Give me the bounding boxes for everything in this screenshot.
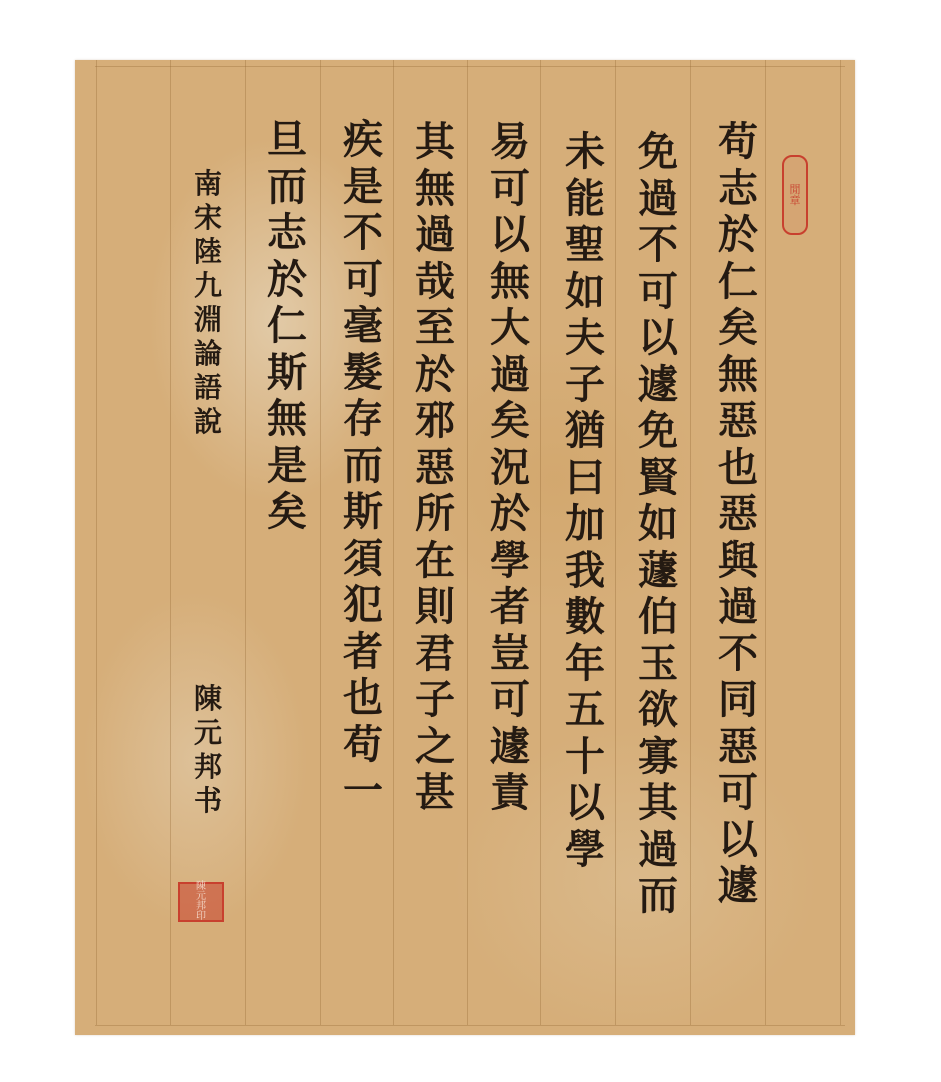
character: 於 [415,355,455,402]
character: 說 [194,408,222,442]
character: 矣 [490,401,530,448]
character: 過 [718,587,758,634]
character: 仁 [718,262,758,309]
character: 仁 [267,306,307,353]
character: 而 [638,876,678,923]
character: 哉 [415,262,455,309]
ruled-line [95,1025,845,1026]
attribution-text: 南宋陸九淵論語說 [194,170,222,442]
character: 過 [638,830,678,877]
character: 五 [565,690,605,737]
character: 無 [415,169,455,216]
character: 我 [565,551,605,598]
character: 遽 [490,727,530,774]
character: 聖 [565,225,605,272]
character: 矣 [267,492,307,539]
character: 邦 [194,753,222,787]
seal-character: 章 [790,195,801,206]
ruled-line [393,60,394,1025]
character: 而 [343,446,383,493]
ruled-line [170,60,171,1025]
ruled-line [467,60,468,1025]
character: 书 [194,787,222,821]
text-column-7: 旦而志於仁斯無是矣 [257,120,317,539]
character: 者 [490,587,530,634]
character: 過 [490,355,530,402]
character: 陳 [194,685,222,719]
character: 可 [490,680,530,727]
seal-text: 閒章 [790,184,801,206]
character: 其 [638,783,678,830]
character: 遽 [718,866,758,913]
ruled-line [540,60,541,1025]
signature-column: 陳元邦书 [183,685,233,821]
character: 是 [267,446,307,493]
character: 以 [718,820,758,867]
character: 不 [343,213,383,260]
text-column-2: 免過不可以遽免賢如蘧伯玉欲寡其過而 [628,132,688,923]
character: 九 [194,272,222,306]
character: 志 [267,213,307,260]
column-text: 易可以無大過矣況於學者豈可遽責 [490,122,530,820]
character: 無 [267,399,307,446]
character: 無 [490,262,530,309]
character: 斯 [343,492,383,539]
character: 易 [490,122,530,169]
character: 苟 [718,122,758,169]
character: 矣 [718,308,758,355]
column-text: 疾是不可毫髮存而斯須犯者也苟一 [343,120,383,818]
character: 惡 [718,401,758,448]
character: 子 [565,365,605,412]
character: 可 [490,169,530,216]
character: 須 [343,539,383,586]
character: 免 [638,411,678,458]
character: 則 [415,587,455,634]
character: 惡 [718,494,758,541]
column-text: 未能聖如夫子猶曰加我數年五十以學 [565,132,605,876]
character: 斯 [267,353,307,400]
leading-seal: 閒章 [782,155,808,235]
character: 如 [565,272,605,319]
character: 學 [490,541,530,588]
character: 至 [415,308,455,355]
character: 豈 [490,634,530,681]
character: 也 [343,678,383,725]
character: 於 [718,215,758,262]
character: 況 [490,448,530,495]
ruled-line [840,60,841,1025]
character: 語 [194,374,222,408]
attribution-column: 南宋陸九淵論語說 [183,170,233,442]
character: 淵 [194,306,222,340]
character: 可 [638,272,678,319]
character: 免 [638,132,678,179]
character: 夫 [565,318,605,365]
seal-character: 印 [196,912,206,922]
character: 數 [565,597,605,644]
character: 惡 [415,448,455,495]
character: 存 [343,399,383,446]
ruled-line [245,60,246,1025]
text-column-3: 未能聖如夫子猶曰加我數年五十以學 [555,132,615,876]
character: 玉 [638,644,678,691]
ruled-line [95,66,845,67]
character: 者 [343,632,383,679]
character: 一 [343,771,383,818]
character: 苟 [343,725,383,772]
character: 是 [343,167,383,214]
character: 加 [565,504,605,551]
text-column-6: 疾是不可毫髮存而斯須犯者也苟一 [333,120,393,818]
character: 蘧 [638,551,678,598]
character: 元 [194,719,222,753]
column-text: 其無過哉至於邪惡所在則君子之甚 [415,122,455,820]
character: 而 [267,167,307,214]
character: 疾 [343,120,383,167]
character: 年 [565,644,605,691]
character: 犯 [343,585,383,632]
character: 旦 [267,120,307,167]
character: 甚 [415,773,455,820]
character: 不 [718,634,758,681]
column-text: 旦而志於仁斯無是矣 [267,120,307,539]
character: 所 [415,494,455,541]
character: 其 [415,122,455,169]
character: 曰 [565,458,605,505]
character: 邪 [415,401,455,448]
character: 惡 [718,727,758,774]
character: 遽 [638,365,678,412]
character: 宋 [194,204,222,238]
text-column-5: 其無過哉至於邪惡所在則君子之甚 [405,122,465,820]
character: 過 [415,215,455,262]
character: 猶 [565,411,605,458]
character: 之 [415,727,455,774]
ruled-line [615,60,616,1025]
character: 在 [415,541,455,588]
character: 未 [565,132,605,179]
character: 也 [718,448,758,495]
character: 責 [490,773,530,820]
character: 與 [718,541,758,588]
ruled-line [320,60,321,1025]
character: 以 [565,783,605,830]
character: 於 [267,260,307,307]
character: 陸 [194,238,222,272]
character: 於 [490,494,530,541]
character: 志 [718,169,758,216]
character: 同 [718,680,758,727]
character: 大 [490,308,530,355]
ruled-line [690,60,691,1025]
character: 十 [565,737,605,784]
character: 以 [490,215,530,262]
character: 可 [718,773,758,820]
character: 髮 [343,353,383,400]
calligraphy-paper: 苟志於仁矣無惡也惡與過不同惡可以遽 免過不可以遽免賢如蘧伯玉欲寡其過而 未能聖如… [75,60,855,1035]
character: 伯 [638,597,678,644]
character: 以 [638,318,678,365]
text-column-1: 苟志於仁矣無惡也惡與過不同惡可以遽 [708,122,768,913]
character: 寡 [638,737,678,784]
character: 能 [565,179,605,226]
character: 子 [415,680,455,727]
ruled-line [96,60,97,1025]
column-text: 苟志於仁矣無惡也惡與過不同惡可以遽 [718,122,758,913]
character: 無 [718,355,758,402]
name-seal: 陳元邦印 [178,882,224,922]
character: 如 [638,504,678,551]
character: 過 [638,179,678,226]
signature-text: 陳元邦书 [194,685,222,821]
character: 毫 [343,306,383,353]
character: 可 [343,260,383,307]
character: 論 [194,340,222,374]
seal-text: 陳元邦印 [196,882,206,922]
column-text: 免過不可以遽免賢如蘧伯玉欲寡其過而 [638,132,678,923]
character: 欲 [638,690,678,737]
character: 君 [415,634,455,681]
character: 不 [638,225,678,272]
character: 南 [194,170,222,204]
character: 賢 [638,458,678,505]
text-column-4: 易可以無大過矣況於學者豈可遽責 [480,122,540,820]
character: 學 [565,830,605,877]
